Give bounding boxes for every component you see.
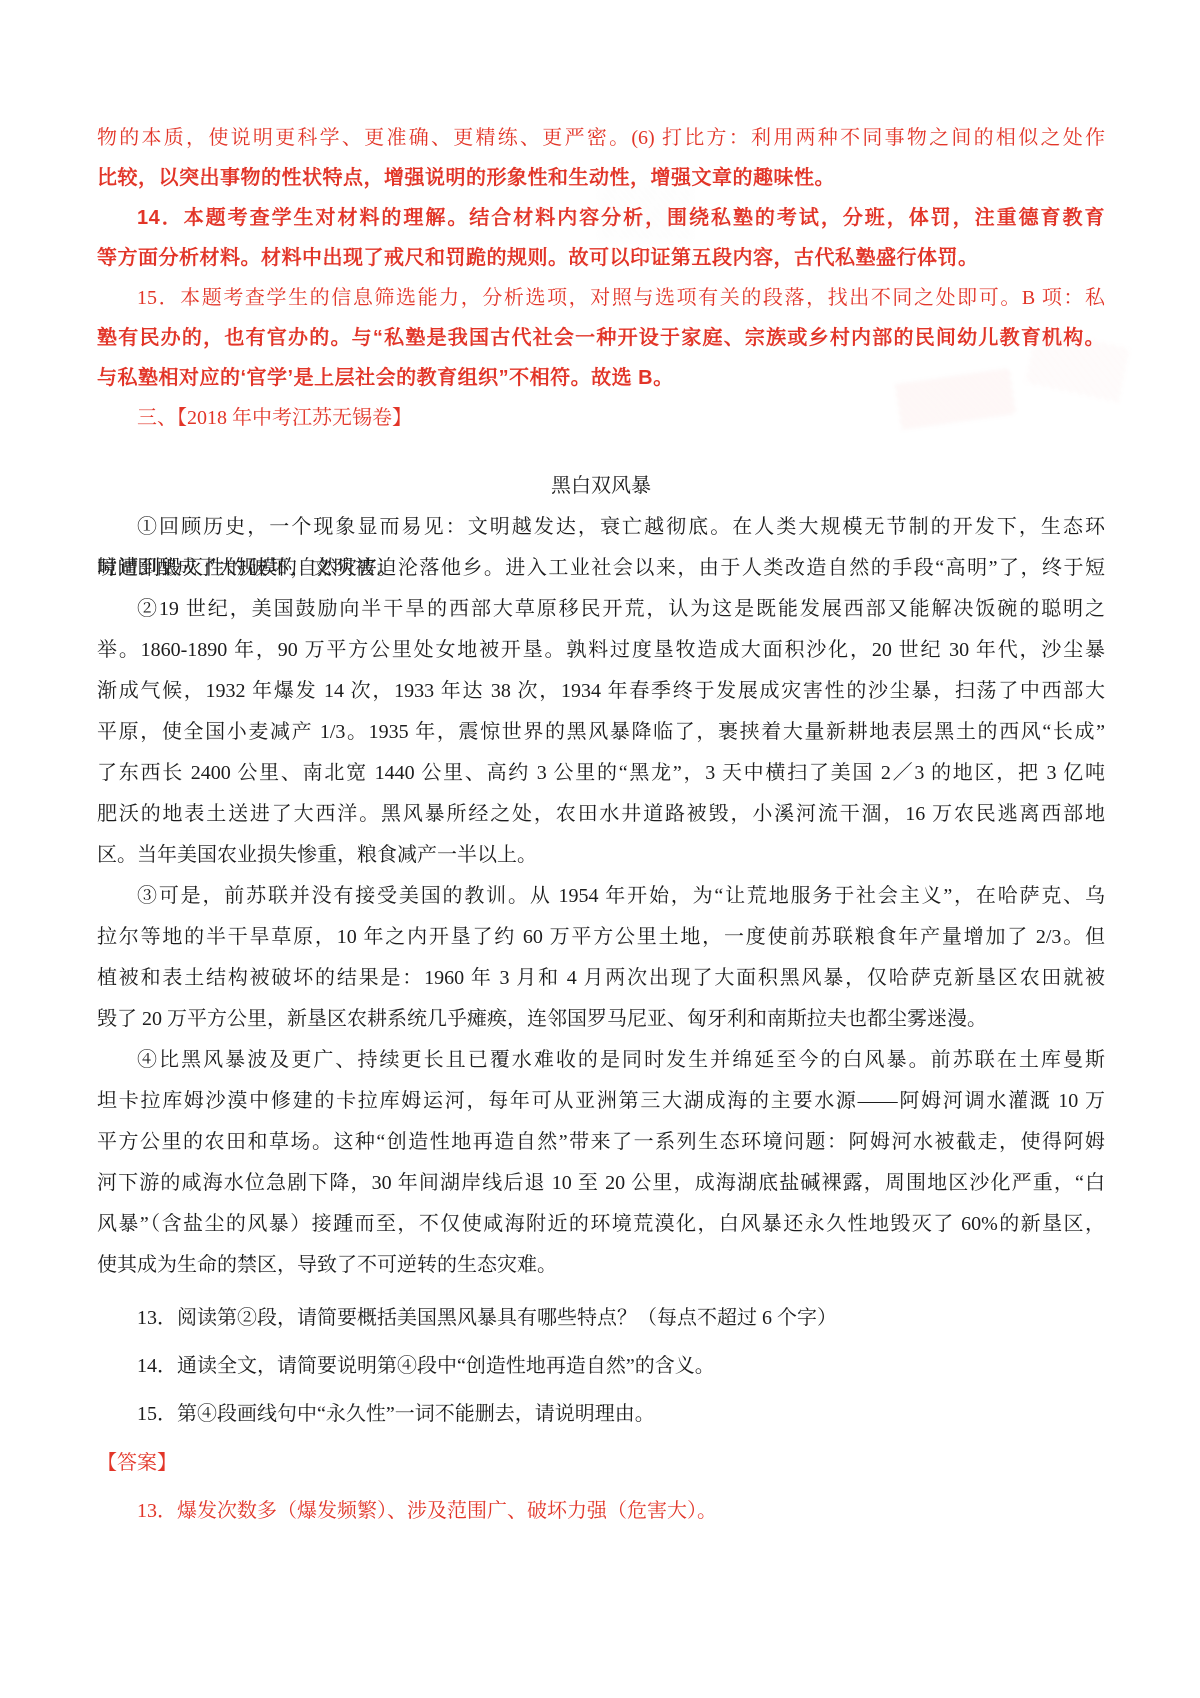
reading-passage: 黑白双风暴 ①回顾历史，一个现象显而易见：文明越发达，衰亡越彻底。在人类大规模无… [97,466,1105,1435]
article-line: ①回顾历史，一个现象显而易见：文明越发达，衰亡越彻底。在人类大规模无节制的开发下… [97,507,1105,548]
article-line: 坦卡拉库姆沙漠中修建的卡拉库姆运河，每年可从亚洲第三大湖成海的主要水源——阿姆河… [97,1081,1105,1122]
article-line: 平原，使全国小麦减产 1/3。1935 年，震惊世界的黑风暴降临了，裹挟着大量新… [97,712,1105,753]
article-line: 风暴”（含盐尘的风暴）接踵而至，不仅使咸海附近的环境荒漠化，白风暴还永久性地毁灭… [97,1204,1105,1245]
answer-explanation-line: 等方面分析材料。材料中出现了戒尺和罚跪的规则。故可以印证第五段内容，古代私塾盛行… [97,238,1105,278]
answer-explanation-line: 塾有民办的，也有官办的。与“私塾是我国古代社会一种开设于家庭、宗族或乡村内部的民… [97,318,1105,358]
article-line: 毁了 20 万平方公里，新垦区农耕系统几乎瘫痪，连邻国罗马尼亚、匈牙利和南斯拉夫… [97,999,1105,1040]
article-line: 举。1860-1890 年，90 万平方公里处女地被开垦。孰料过度垦牧造成大面积… [97,630,1105,671]
answer-explanation-line: 比较，以突出事物的性状特点，增强说明的形象性和生动性，增强文章的趣味性。 [97,158,1105,198]
answer-explanation-line: 14．本题考查学生对材料的理解。结合材料内容分析，围绕私塾的考试，分班，体罚，注… [97,198,1105,238]
article-line: ④比黑风暴波及更广、持续更长且已覆水难收的是同时发生并绵延至今的白风暴。前苏联在… [97,1040,1105,1081]
answer-line-13: 13．爆发次数多（爆发频繁）、涉及范围广、破坏力强（危害大）。 [97,1491,1105,1532]
answer-key-block: 物的本质，使说明更科学、更准确、更精练、更严密。(6) 打比方：利用两种不同事物… [97,118,1105,438]
article-line: 河下游的咸海水位急剧下降，30 年间湖岸线后退 10 至 20 公里，成海湖底盐… [97,1163,1105,1204]
question-14: 14．通读全文，请简要说明第④段中“创造性地再造自然”的含义。 [97,1346,1105,1387]
answer-heading: 【答案】 [97,1443,1105,1484]
article-line: 植被和表土结构被破坏的结果是：1960 年 3 月和 4 月两次出现了大面积黑风… [97,958,1105,999]
exam-document-page: 物的本质，使说明更科学、更准确、更精练、更严密。(6) 打比方：利用两种不同事物… [0,0,1200,1698]
article-line: 渐成气候，1932 年爆发 14 次，1933 年达 38 次，1934 年春季… [97,671,1105,712]
answer-explanation-line: 与私塾相对应的‘官学’是上层社会的教育组织”不相符。故选 B。 [97,358,1105,398]
article-line: 区。当年美国农业损失惨重，粮食减产一半以上。 [97,835,1105,876]
article-line: 使其成为生命的禁区，导致了不可逆转的生态灾难。 [97,1245,1105,1286]
article-line: 平方公里的农田和草场。这种“创造性地再造自然”带来了一系列生态环境问题：阿姆河水… [97,1122,1105,1163]
article-title: 黑白双风暴 [97,466,1105,507]
article-line: 肥沃的地表土送进了大西洋。黑风暴所经之处，农田水井道路被毁，小溪河流干涸，16 … [97,794,1105,835]
answer-section: 【答案】 13．爆发次数多（爆发频繁）、涉及范围广、破坏力强（危害大）。 [97,1443,1105,1532]
article-line: ③可是，前苏联并没有接受美国的教训。从 1954 年开始，为“让荒地服务于社会主… [97,876,1105,917]
article-line: 了东西长 2400 公里、南北宽 1440 公里、高约 3 公里的“黑龙”，3 … [97,753,1105,794]
article-line: ②19 世纪，美国鼓励向半干旱的西部大草原移民开荒，认为这是既能发展西部又能解决… [97,589,1105,630]
section-heading: 三、【2018 年中考江苏无锡卷】 [97,398,1105,438]
question-13: 13．阅读第②段，请简要概括美国黑风暴具有哪些特点？（每点不超过 6 个字） [97,1298,1105,1339]
question-15: 15．第④段画线句中“永久性”一词不能删去，请说明理由。 [97,1394,1105,1435]
answer-explanation-line: 物的本质，使说明更科学、更准确、更精练、更严密。(6) 打比方：利用两种不同事物… [97,118,1105,158]
answer-explanation-line: 15．本题考查学生的信息筛选能力，分析选项，对照与选项有关的段落，找出不同之处即… [97,278,1105,318]
article-line: 拉尔等地的半干旱草原，10 年之内开垦了约 60 万平方公里土地，一度使前苏联粮… [97,917,1105,958]
